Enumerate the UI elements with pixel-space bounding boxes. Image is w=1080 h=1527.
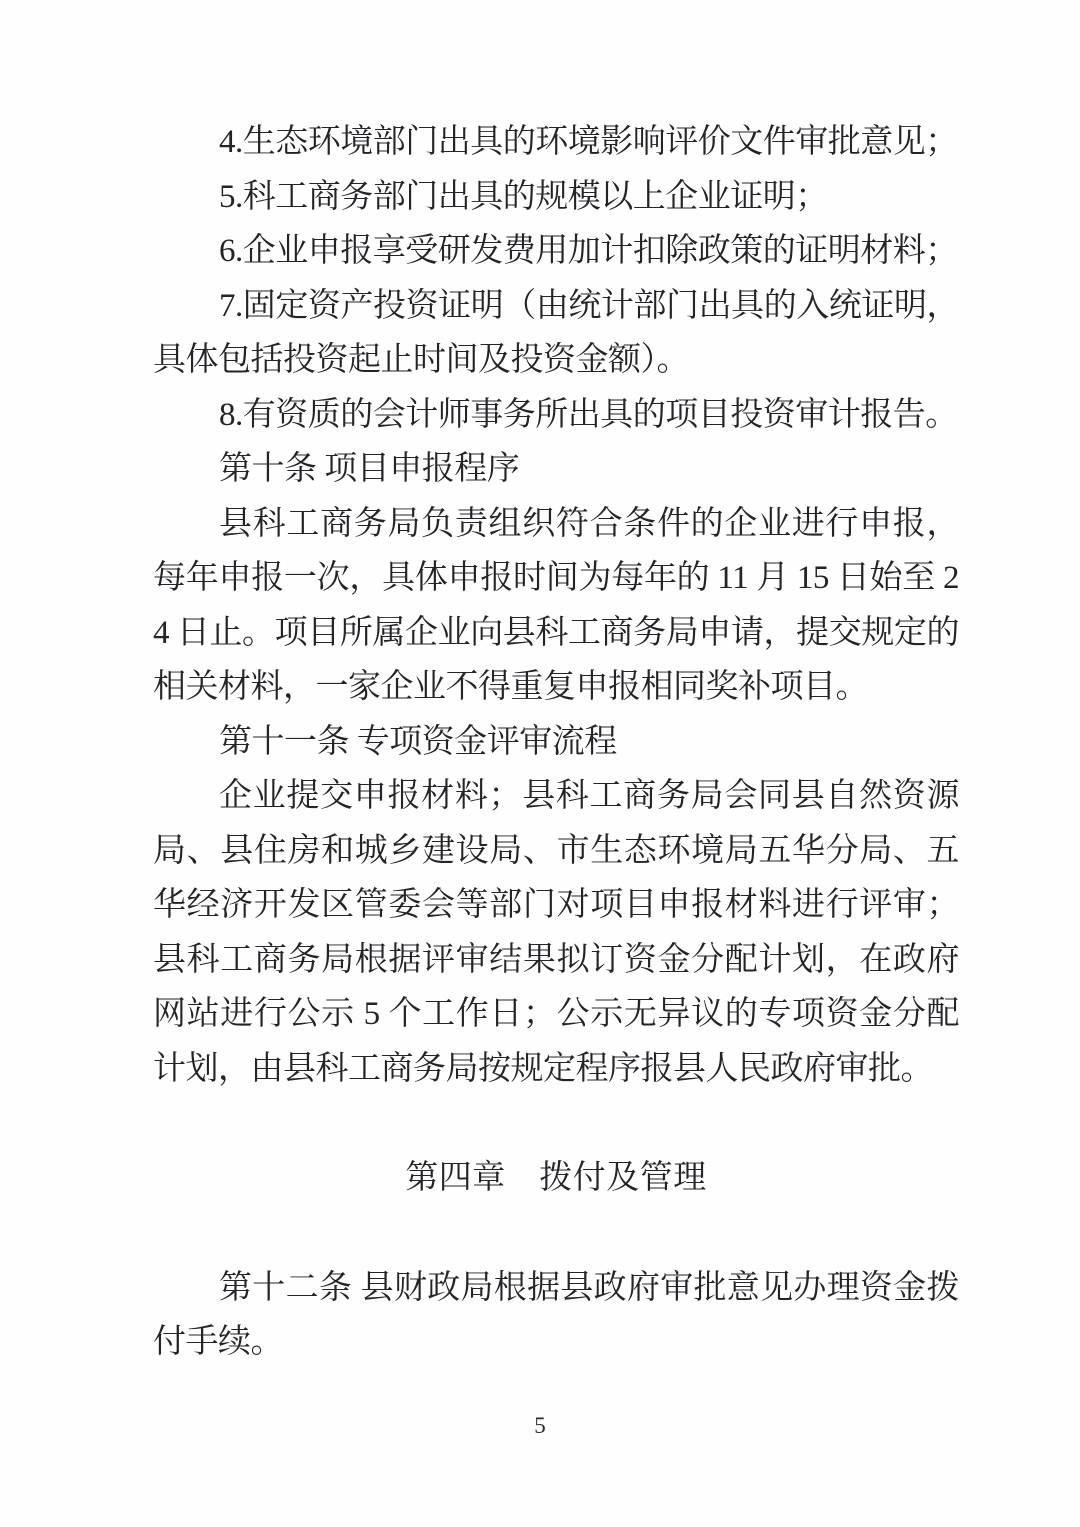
list-item-4: 4.生态环境部门出具的环境影响评价文件审批意见； — [153, 115, 959, 170]
chapter-4-heading: 第四章 拨付及管理 — [153, 1151, 959, 1206]
page-number: 5 — [0, 1412, 1080, 1440]
document-page: 4.生态环境部门出具的环境影响评价文件审批意见； 5.科工商务部门出具的规模以上… — [0, 0, 1080, 1527]
article-11-body: 企业提交申报材料；县科工商务局会同县自然资源局、县住房和城乡建设局、市生态环境局… — [153, 769, 959, 1096]
list-item-8: 8.有资质的会计师事务所出具的项目投资审计报告。 — [153, 388, 959, 443]
article-10-heading: 第十条 项目申报程序 — [153, 442, 959, 497]
list-item-5: 5.科工商务部门出具的规模以上企业证明； — [153, 170, 959, 225]
article-11-heading: 第十一条 专项资金评审流程 — [153, 715, 959, 770]
article-10-body: 县科工商务局负责组织符合条件的企业进行申报，每年申报一次，具体申报时间为每年的 … — [153, 497, 959, 715]
document-content: 4.生态环境部门出具的环境影响评价文件审批意见； 5.科工商务部门出具的规模以上… — [0, 0, 1080, 1370]
list-item-6: 6.企业申报享受研发费用加计扣除政策的证明材料； — [153, 224, 959, 279]
article-12-body: 第十二条 县财政局根据县政府审批意见办理资金拨付手续。 — [153, 1261, 959, 1370]
list-item-7: 7.固定资产投资证明（由统计部门出具的入统证明，具体包括投资起止时间及投资金额）… — [153, 279, 959, 388]
